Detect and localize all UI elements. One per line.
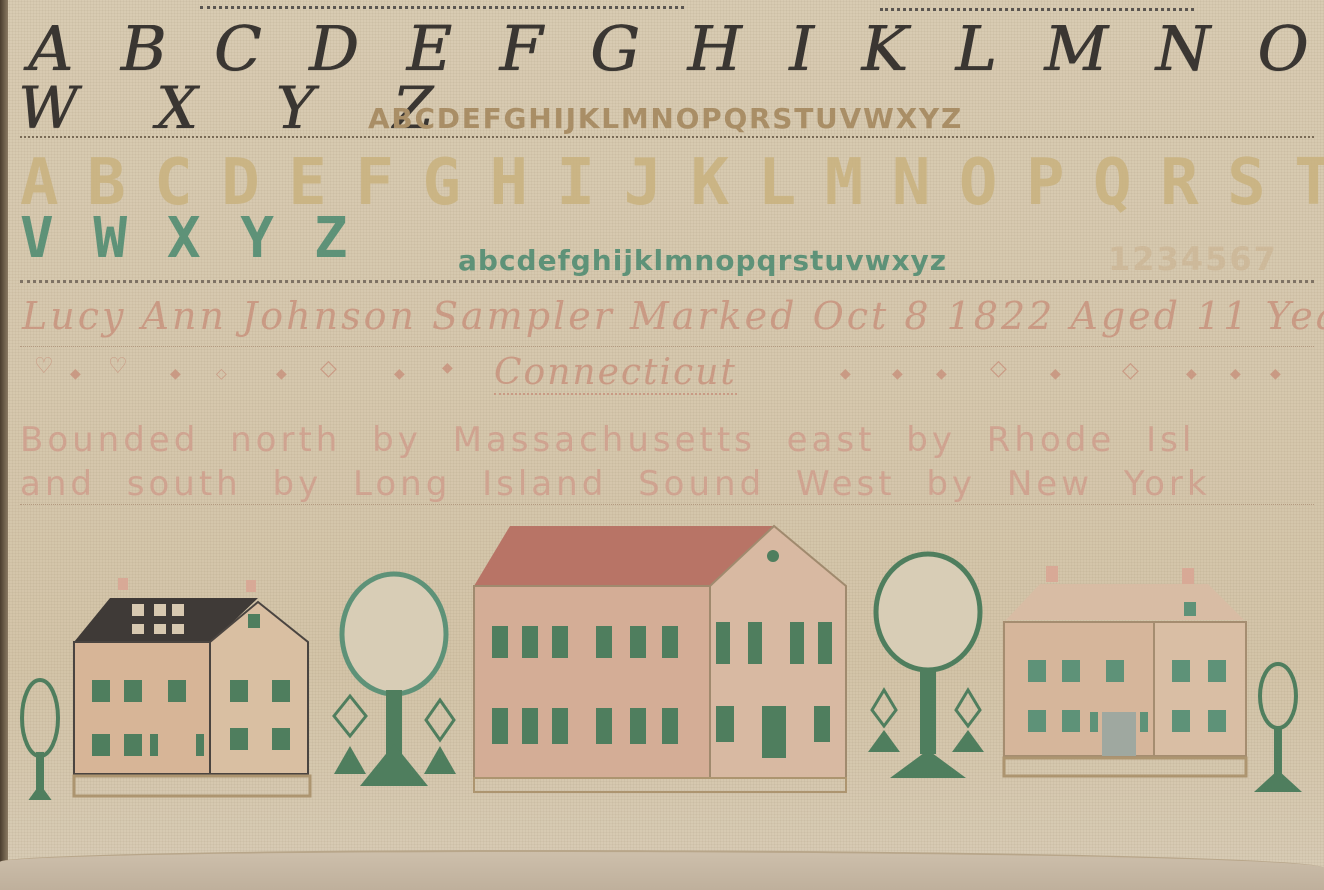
inscription-state: Connecticut [494, 352, 737, 395]
dot-motif: ◇ [216, 366, 227, 382]
door [762, 706, 786, 758]
chimney [1046, 566, 1058, 582]
dot-motif: ◆ [1050, 366, 1061, 382]
dot-motif: ◆ [840, 366, 851, 382]
side-wall [1154, 622, 1246, 756]
small-block-alphabet-text: A B C D E F G H I J K L M N O P Q R S T … [368, 102, 960, 135]
tall-tree-right [1254, 664, 1302, 792]
right-house [1004, 566, 1246, 776]
large-block-alphabet-row-2: V W X Y Z [20, 206, 351, 271]
small-tree-3 [868, 690, 900, 752]
dot-motif: ◆ [394, 366, 405, 382]
inscription-boundaries-2: and south by Long Island Sound West by N… [20, 464, 1211, 504]
small-tree-2 [424, 700, 456, 774]
roof [1006, 584, 1244, 620]
center-house [474, 526, 846, 792]
dot-motif: ◆ [892, 366, 903, 382]
dot-motif: ◆ [1270, 366, 1281, 382]
chimney [1182, 568, 1194, 584]
fence [74, 776, 310, 796]
round-window [767, 550, 779, 562]
diamond-motif: ◇ [320, 356, 337, 381]
diamond-motif: ◇ [1122, 358, 1139, 383]
round-tree-1 [342, 574, 446, 786]
inscription-boundaries-1: Bounded north by Massachusetts east by R… [20, 420, 1195, 460]
left-house [74, 578, 310, 796]
dot-motif: ◆ [442, 360, 453, 376]
heart-motif: ♡ [34, 354, 54, 379]
chimney [246, 580, 256, 592]
fence [1004, 758, 1246, 776]
door [1102, 712, 1136, 756]
small-tree-4 [952, 690, 984, 752]
dot-motif: ◆ [1186, 366, 1197, 382]
mat-edge [0, 850, 1324, 890]
top-stitch-band [200, 6, 684, 9]
small-tree-1 [334, 696, 366, 774]
small-block-alphabet: A B C D E F G H I J K L M N O P Q R S T … [368, 102, 960, 135]
foundation [474, 778, 846, 792]
numerals-row: 1234567 [1108, 240, 1278, 278]
main-wall [474, 586, 712, 778]
divider-1 [20, 136, 1314, 138]
heart-motif: ♡ [108, 354, 128, 379]
dot-motif: ◆ [70, 366, 81, 382]
sampler-photo: A B C D E F G H I K L M N O P Q R S T U … [0, 0, 1324, 890]
dot-motif: ◆ [1230, 366, 1241, 382]
dot-motif: ◆ [936, 366, 947, 382]
divider-4 [20, 504, 1314, 505]
dot-motif: ◆ [276, 366, 287, 382]
chimney [118, 578, 128, 590]
lowercase-alphabet: abcdefghijklmnopqrstuvwxyz [458, 244, 947, 277]
inscription-name-date: Lucy Ann Johnson Sampler Marked Oct 8 18… [22, 294, 1324, 338]
diamond-motif: ◇ [990, 356, 1007, 381]
top-stitch-band-right [880, 8, 1194, 11]
scene: ⚘⚘⚘⚘ ⚘⚘⚘⚘ ⚘⚘⚘⚘ ⚘⚘⚘⚘ ⚘⚘⚘⚘ ⚘⚘ [0, 510, 1324, 800]
dot-motif: ◆ [170, 366, 181, 382]
divider-2 [20, 280, 1314, 283]
tall-tree-left [14, 680, 66, 800]
divider-3 [20, 346, 1314, 347]
